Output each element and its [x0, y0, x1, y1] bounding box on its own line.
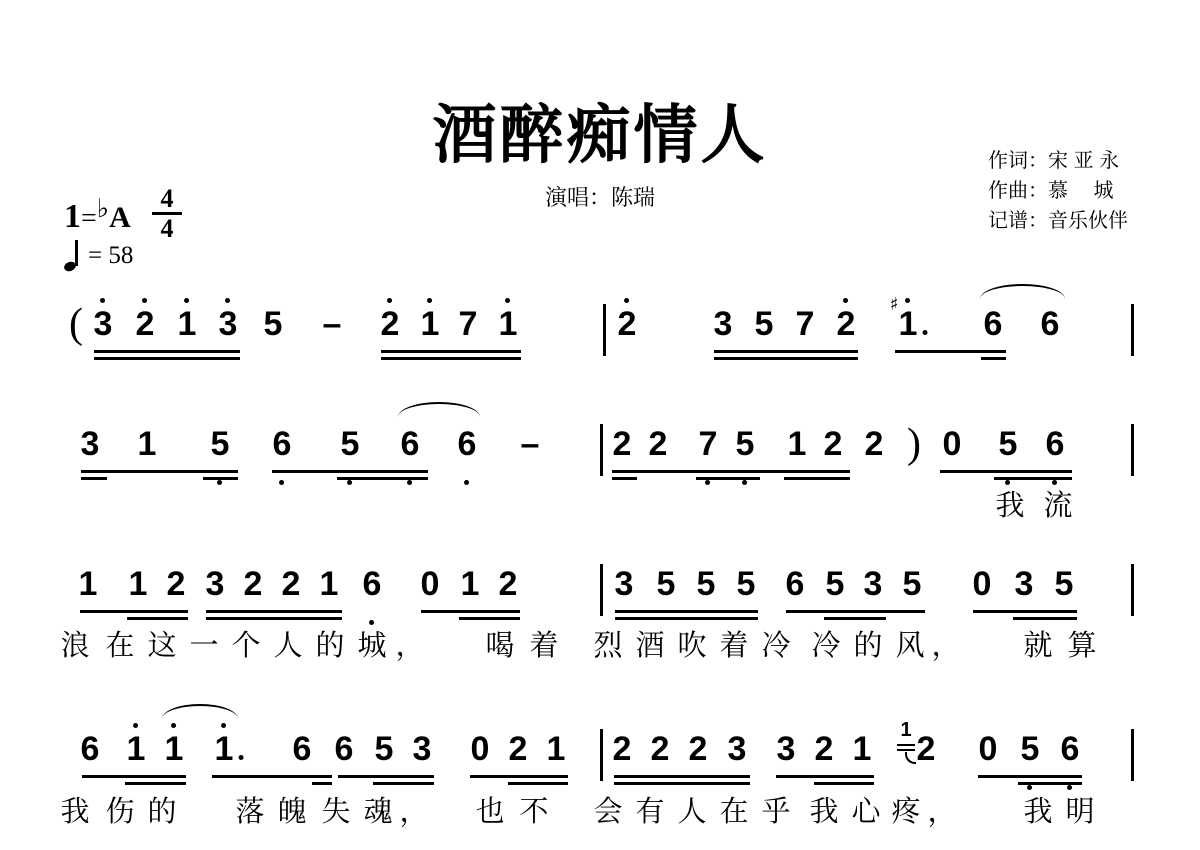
grace-beam: [897, 744, 915, 751]
note-digit: 5: [211, 426, 230, 462]
beam-line: [508, 782, 568, 785]
beam-line: [612, 477, 637, 480]
beam-line: [82, 775, 186, 778]
note-digit: 2: [651, 731, 670, 767]
note: 1: [215, 731, 234, 767]
beam-line: [1018, 782, 1082, 785]
note: 2: [613, 731, 632, 767]
lyric-char: 会: [593, 795, 622, 829]
credit-notator: 记谱：音乐伙伴: [988, 206, 1128, 236]
grace-note: 1: [900, 719, 911, 741]
beam-line: [786, 610, 925, 613]
note-digit: 2: [689, 731, 708, 767]
beam-line: [940, 470, 1072, 473]
note: 6: [1041, 306, 1060, 342]
note-digit: 6: [401, 426, 420, 462]
lyric-char: 的: [315, 629, 344, 663]
beam-line: [206, 617, 342, 620]
note-digit: 6: [273, 426, 292, 462]
note-digit: 2: [167, 566, 186, 602]
lyric-char: 着: [719, 629, 748, 663]
lyric-char: 吹: [677, 629, 706, 663]
note-digit: 2: [824, 426, 843, 462]
note-digit: 1: [320, 566, 339, 602]
lyric-char: 在: [719, 795, 748, 829]
lyric-char: 酒: [635, 629, 664, 663]
grace-slur-icon: [905, 752, 916, 764]
beam-line: [824, 617, 886, 620]
note: 2: [244, 566, 263, 602]
note: 1: [320, 566, 339, 602]
beam-line: [94, 350, 240, 353]
tempo-value: = 58: [88, 242, 133, 270]
lyric-char: 失: [321, 795, 350, 829]
lyric-char: 浪: [60, 629, 89, 663]
note: 2: [167, 566, 186, 602]
beam-line: [81, 477, 107, 480]
note: 2: [381, 306, 400, 342]
note-digit: 5: [341, 426, 360, 462]
beam-line: [614, 775, 750, 778]
lyric-char: 个: [231, 629, 260, 663]
key-signature: 1=♭A: [64, 194, 131, 236]
note: 5: [755, 306, 774, 342]
note-digit: 6: [984, 306, 1003, 342]
note-digit: 0: [421, 566, 440, 602]
lyric-char: 魂: [363, 795, 392, 829]
beam-line: [994, 477, 1072, 480]
note-digit: 7: [796, 306, 815, 342]
lyric-char: 着: [529, 629, 558, 663]
lyric-char: 人: [677, 795, 706, 829]
note-digit: 2: [244, 566, 263, 602]
note: 1: [788, 426, 807, 462]
beam-line: [714, 357, 858, 360]
note: 2: [865, 426, 884, 462]
note-digit: 2: [865, 426, 884, 462]
note-digit: 1: [547, 731, 566, 767]
note-digit: 1: [165, 731, 184, 767]
note: 3: [864, 566, 883, 602]
beam-line: [615, 610, 758, 613]
lyric-char: 我: [1023, 795, 1052, 829]
note-digit: 6: [458, 426, 477, 462]
beam-line: [94, 357, 240, 360]
note-digit: 2: [815, 731, 834, 767]
beam-line: [776, 775, 874, 778]
barline: [1131, 729, 1134, 781]
lyric-char: 流: [1043, 489, 1072, 523]
note-digit: 5: [737, 566, 756, 602]
lyric-char: 烈: [593, 629, 622, 663]
flat-icon: ♭: [97, 194, 109, 224]
beam-line: [338, 775, 434, 778]
note: 3: [777, 731, 796, 767]
lyric-char: ，: [931, 629, 960, 663]
note: 1: [79, 566, 98, 602]
note: 7: [796, 306, 815, 342]
note: 1: [129, 566, 148, 602]
note: 5: [341, 426, 360, 462]
note-digit: 1: [499, 306, 518, 342]
lyric-char: 落: [235, 795, 264, 829]
note-digit: 5: [736, 426, 755, 462]
note: 3: [206, 566, 225, 602]
beam-line: [614, 782, 750, 785]
lyric-char: 我: [60, 795, 89, 829]
note-digit: 2: [136, 306, 155, 342]
note-digit: 3: [206, 566, 225, 602]
barline: [1131, 304, 1134, 356]
time-signature: 4 4: [152, 186, 182, 241]
meter-numerator: 4: [152, 186, 182, 211]
note: ♯1: [899, 306, 918, 342]
augmentation-dot: [922, 330, 927, 335]
note: 3: [714, 306, 733, 342]
note-digit: 5: [755, 306, 774, 342]
note: 5: [375, 731, 394, 767]
note-digit: 1: [853, 731, 872, 767]
note-digit: 6: [293, 731, 312, 767]
note-digit: 2: [509, 731, 528, 767]
beam-line: [337, 477, 428, 480]
note: 3: [1015, 566, 1034, 602]
note-digit: 3: [714, 306, 733, 342]
lyric-char: 的: [853, 629, 882, 663]
note-digit: 1: [129, 566, 148, 602]
beam-line: [981, 357, 1006, 360]
note: 6: [363, 566, 382, 602]
note: 1: [138, 426, 157, 462]
note: 2: [815, 731, 834, 767]
note: 3: [219, 306, 238, 342]
note-stem: [75, 240, 78, 266]
note-digit: 0: [979, 731, 998, 767]
key-tonic: A: [109, 201, 131, 234]
lyric-char: 算: [1067, 629, 1096, 663]
note-digit: 5: [657, 566, 676, 602]
note: 1: [127, 731, 146, 767]
lyric-char: 心: [851, 795, 880, 829]
barline: [600, 729, 603, 781]
lyric-char: 就: [1023, 629, 1052, 663]
note: 1: [165, 731, 184, 767]
lyric-char: 我: [809, 795, 838, 829]
note-digit: 3: [1015, 566, 1034, 602]
lyric-char: 冷: [811, 629, 840, 663]
beam-line: [127, 617, 188, 620]
note-digit: 1: [421, 306, 440, 342]
note-digit: 2: [282, 566, 301, 602]
note: 6: [786, 566, 805, 602]
note: 0: [471, 731, 490, 767]
meter-denominator: 4: [152, 216, 182, 241]
note: 5: [999, 426, 1018, 462]
tie-arc: [162, 704, 238, 719]
note-digit: 5: [697, 566, 716, 602]
note: 0: [979, 731, 998, 767]
note: 7: [459, 306, 478, 342]
beam-line: [206, 610, 342, 613]
note: 1: [461, 566, 480, 602]
note-digit: 1: [788, 426, 807, 462]
lyric-char: 不: [519, 795, 548, 829]
lyric-char: 魄: [277, 795, 306, 829]
beam-line: [212, 775, 332, 778]
note: 1: [178, 306, 197, 342]
note-digit: 2: [499, 566, 518, 602]
lyric-char: 喝: [485, 629, 514, 663]
credits-block: 作词：宋 亚 永 作曲：慕 城 记谱：音乐伙伴: [988, 146, 1128, 236]
beam-line: [125, 782, 186, 785]
note-digit: 5: [1021, 731, 1040, 767]
tie-arc: [980, 284, 1065, 299]
lyric-char: 城: [357, 629, 386, 663]
note-digit: 2: [649, 426, 668, 462]
note: 3: [728, 731, 747, 767]
note: 5: [697, 566, 716, 602]
sharp-icon: ♯: [890, 296, 899, 314]
beam-line: [1013, 617, 1077, 620]
note-digit: 6: [1046, 426, 1065, 462]
note: 2: [837, 306, 856, 342]
beam-line: [421, 610, 520, 613]
note: 2: [499, 566, 518, 602]
sheet-music-page: 酒醉痴情人 演唱：陈瑞 作词：宋 亚 永 作曲：慕 城 记谱：音乐伙伴 1=♭A…: [0, 0, 1200, 850]
note: 5: [1021, 731, 1040, 767]
note-digit: 2: [381, 306, 400, 342]
note-digit: 3: [777, 731, 796, 767]
note-digit: 5: [903, 566, 922, 602]
barline: [600, 564, 603, 616]
note-digit: 5: [826, 566, 845, 602]
note-digit: 2: [613, 731, 632, 767]
note-digit: 6: [81, 731, 100, 767]
note-digit: 1: [461, 566, 480, 602]
beam-line: [696, 477, 760, 480]
note: 6: [293, 731, 312, 767]
beam-line: [895, 350, 1006, 353]
equals-sign: =: [81, 203, 97, 234]
note: 2: [649, 426, 668, 462]
note: 5: [264, 306, 283, 342]
beam-line: [312, 782, 332, 785]
lyric-char: 有: [635, 795, 664, 829]
lyric-char: ，: [395, 629, 424, 663]
beam-line: [80, 610, 188, 613]
note: 3: [94, 306, 113, 342]
note-digit: 5: [999, 426, 1018, 462]
note: 0: [421, 566, 440, 602]
note-digit: 3: [864, 566, 883, 602]
note: 6: [401, 426, 420, 462]
note: 2: [824, 426, 843, 462]
note-digit: 2: [618, 306, 637, 342]
lyric-char: 疼: [891, 795, 920, 829]
beam-line: [714, 350, 858, 353]
note-digit: 2: [837, 306, 856, 342]
note-digit: 0: [973, 566, 992, 602]
note: 5: [826, 566, 845, 602]
note: 6: [458, 426, 477, 462]
note-digit: 3: [219, 306, 238, 342]
lyric-char: 也: [475, 795, 504, 829]
lyric-char: 这: [147, 629, 176, 663]
note-digit: 0: [943, 426, 962, 462]
lyric-char: 明: [1065, 795, 1094, 829]
note-digit: 2: [613, 426, 632, 462]
note: 1: [421, 306, 440, 342]
beam-line: [470, 775, 568, 778]
note-digit: 0: [471, 731, 490, 767]
barline: [600, 424, 603, 476]
note-digit: 6: [786, 566, 805, 602]
note: 5: [211, 426, 230, 462]
barline: [1131, 564, 1134, 616]
beam-line: [459, 617, 520, 620]
note-digit: 1: [899, 306, 918, 342]
note: 2: [689, 731, 708, 767]
note-digit: 6: [335, 731, 354, 767]
note-digit: 1: [127, 731, 146, 767]
note: 5: [736, 426, 755, 462]
note: 0: [973, 566, 992, 602]
note-digit: 3: [413, 731, 432, 767]
augmentation-dot: [238, 755, 243, 760]
lyric-char: 乎: [761, 795, 790, 829]
note: 2: [136, 306, 155, 342]
beam-line: [381, 350, 521, 353]
note: 7: [699, 426, 718, 462]
beam-line: [272, 470, 428, 473]
beam-line: [734, 470, 850, 473]
lyric-char: 的: [147, 795, 176, 829]
note: 0: [943, 426, 962, 462]
note-digit: 5: [264, 306, 283, 342]
lyric-char: 风: [895, 629, 924, 663]
note: 2: [917, 731, 936, 767]
note-digit: 7: [459, 306, 478, 342]
note: 5: [657, 566, 676, 602]
beam-line: [381, 357, 521, 360]
note-digit: 1: [215, 731, 234, 767]
note: 2: [618, 306, 637, 342]
note: 5: [903, 566, 922, 602]
beam-line: [81, 470, 238, 473]
note: 5: [1055, 566, 1074, 602]
note: 3: [615, 566, 634, 602]
lyric-char: 伤: [105, 795, 134, 829]
key-scale-degree: 1: [64, 198, 81, 235]
beam-line: [615, 617, 758, 620]
note: 6: [1061, 731, 1080, 767]
note-digit: 3: [81, 426, 100, 462]
lyric-char: ，: [399, 795, 428, 829]
note-digit: 1: [138, 426, 157, 462]
note-digit: 6: [363, 566, 382, 602]
dash-note: –: [323, 306, 342, 342]
parenthesis: ): [907, 422, 921, 466]
beam-line: [973, 610, 1077, 613]
beam-line: [373, 782, 434, 785]
lyric-char: 人: [273, 629, 302, 663]
note-digit: 7: [699, 426, 718, 462]
note-digit: 2: [917, 731, 936, 767]
lyric-char: 我: [995, 489, 1024, 523]
note-digit: 1: [178, 306, 197, 342]
note: 6: [984, 306, 1003, 342]
note-digit: 6: [1041, 306, 1060, 342]
note: 2: [613, 426, 632, 462]
note-digit: 5: [1055, 566, 1074, 602]
lyric-char: ，: [927, 795, 956, 829]
note: 6: [335, 731, 354, 767]
beam-line: [978, 775, 1082, 778]
note: 6: [273, 426, 292, 462]
credit-lyricist: 作词：宋 亚 永: [988, 146, 1128, 176]
note-digit: 3: [728, 731, 747, 767]
note-digit: 1: [79, 566, 98, 602]
tie-arc: [398, 402, 480, 417]
note-digit: 3: [94, 306, 113, 342]
barline: [1131, 424, 1134, 476]
note: 6: [81, 731, 100, 767]
note: 5: [737, 566, 756, 602]
lyric-char: 在: [105, 629, 134, 663]
credit-composer: 作曲：慕 城: [988, 176, 1128, 206]
barline: [603, 304, 606, 356]
note: 1: [499, 306, 518, 342]
beam-line: [203, 477, 238, 480]
lyric-char: 冷: [761, 629, 790, 663]
note-digit: 5: [375, 731, 394, 767]
note: 6: [1046, 426, 1065, 462]
note-digit: 6: [1061, 731, 1080, 767]
note: 2: [282, 566, 301, 602]
note: 1: [853, 731, 872, 767]
note-digit: 3: [615, 566, 634, 602]
lyric-char: 一: [189, 629, 218, 663]
parenthesis: (: [69, 302, 83, 346]
note: 3: [81, 426, 100, 462]
note: 2: [509, 731, 528, 767]
beam-line: [814, 782, 874, 785]
dash-note: –: [521, 426, 540, 462]
note: 3: [413, 731, 432, 767]
beam-line: [784, 477, 850, 480]
note: 1: [547, 731, 566, 767]
quarter-note-icon: [64, 240, 80, 271]
note: 2: [651, 731, 670, 767]
